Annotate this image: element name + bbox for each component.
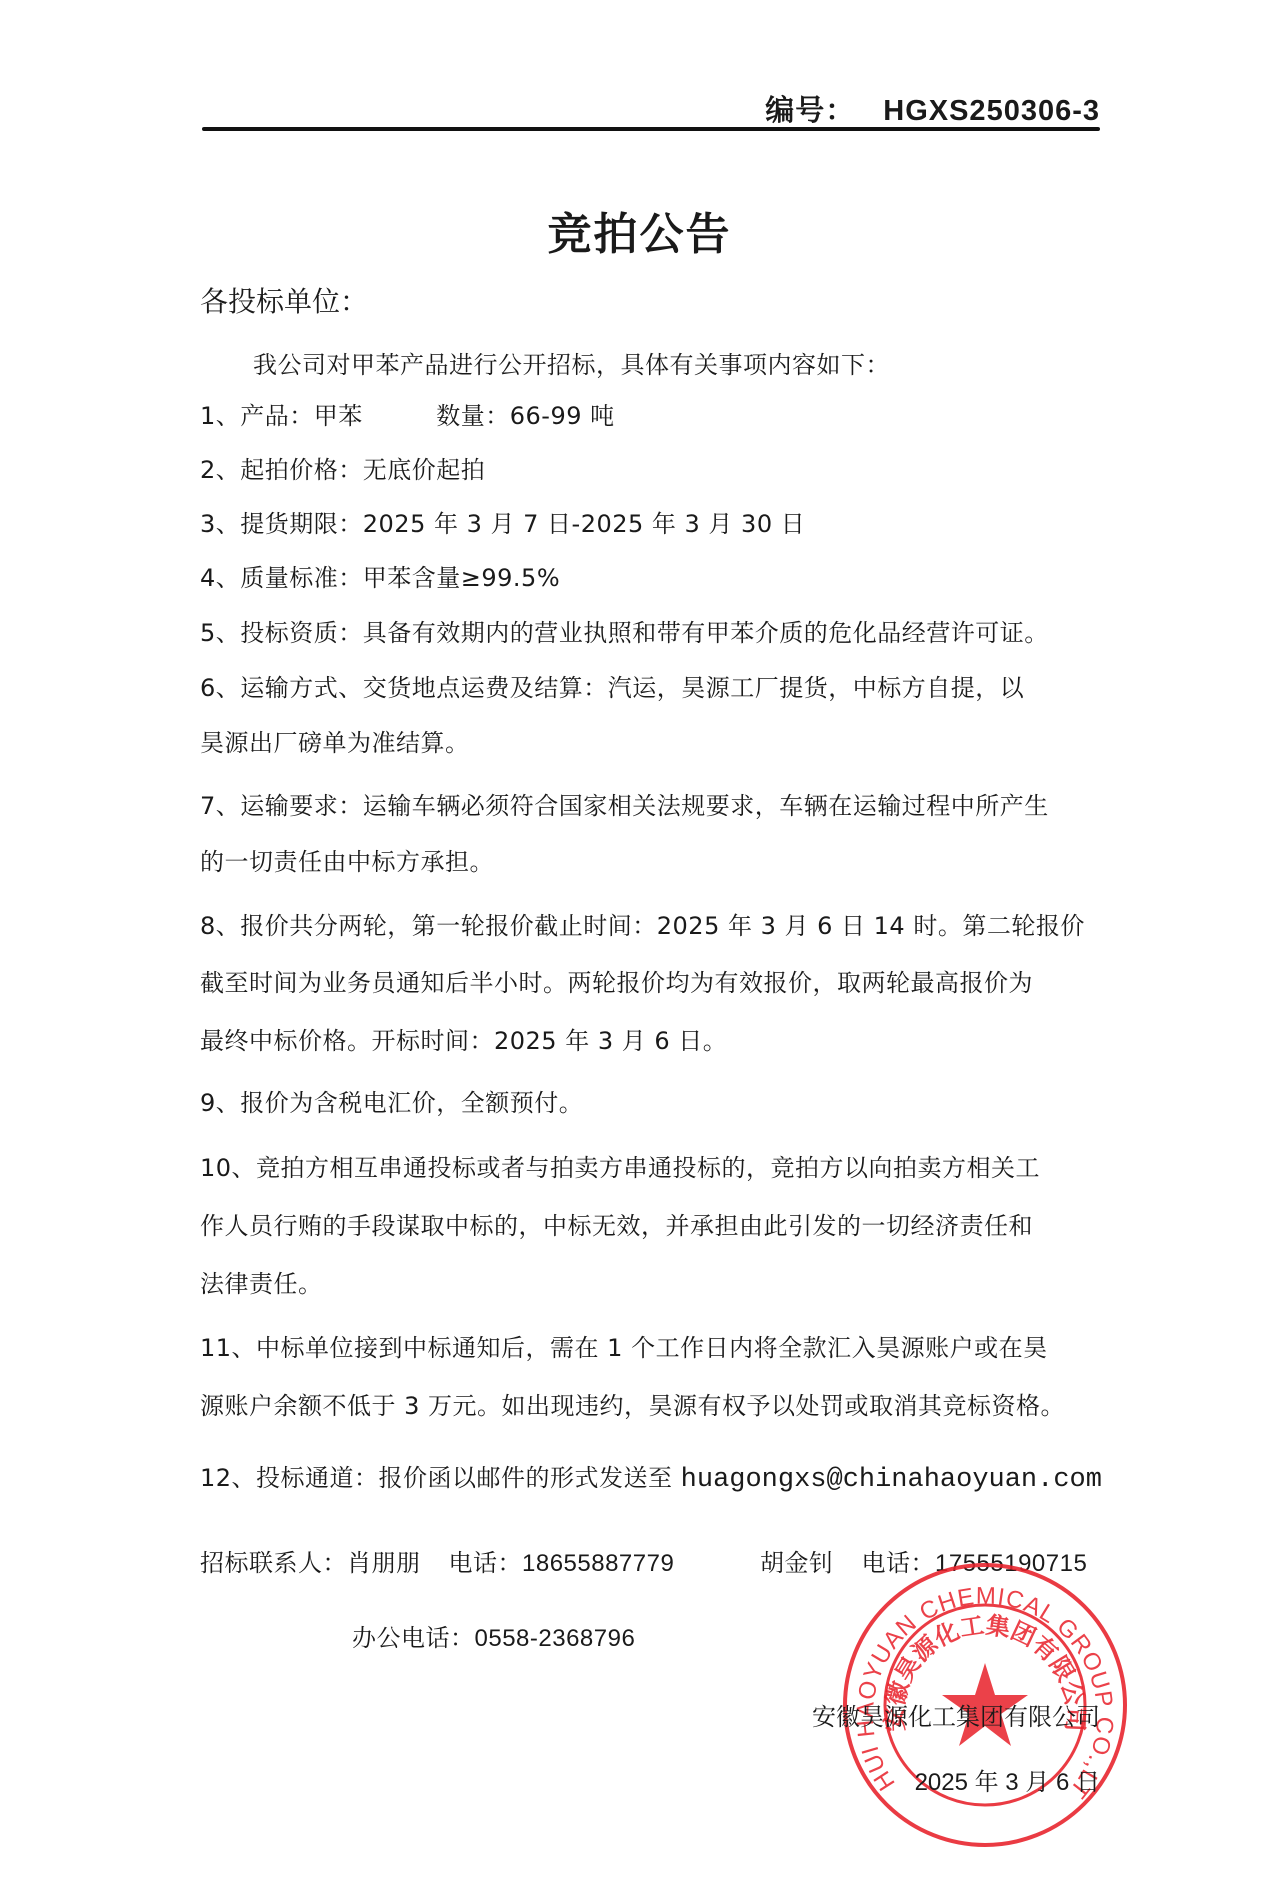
item-12-prefix: 12、投标通道：报价函以邮件的形式发送至 [200,1464,681,1492]
item-6-line-1: 6、运输方式、交货地点运费及结算：汽运，昊源工厂提货，中标方自提，以 [200,668,1024,703]
contact-2-name: 胡金钊 [760,1549,834,1577]
header-rule [202,127,1100,131]
document-number-label: 编号： [765,93,855,127]
item-7-line-2: 的一切责任由中标方承担。 [200,842,494,877]
item-8-line-1: 8、报价共分两轮，第一轮报价截止时间：2025 年 3 月 6 日 14 时。第… [200,906,1085,941]
intro-paragraph: 我公司对甲苯产品进行公开招标，具体有关事项内容如下： [253,345,890,380]
document-number-value: HGXS250306-3 [883,95,1100,127]
item-10-line-2: 作人员行贿的手段谋取中标的，中标无效，并承担由此引发的一切经济责任和 [200,1206,1033,1241]
page-title: 竞拍公告 [0,198,1279,262]
office-phone-value: 0558-2368796 [475,1625,636,1652]
item-2: 2、起拍价格：无底价起拍 [200,450,485,485]
signature-date: 2025 年 3 月 6 日 [915,1762,1100,1797]
contact-1-phone: 18655887779 [522,1550,674,1577]
contact-1-phone-label: 电话： [449,1549,523,1577]
submission-email-link[interactable]: huagongxs@chinahaoyuan.com [681,1465,1102,1495]
item-12: 12、投标通道：报价函以邮件的形式发送至 huagongxs@chinahaoy… [200,1458,1102,1495]
item-9: 9、报价为含税电汇价，全额预付。 [200,1083,583,1118]
item-8-line-2: 截至时间为业务员通知后半小时。两轮报价均为有效报价，取两轮最高报价为 [200,963,1033,998]
contact-row: 招标联系人：肖朋朋电话：18655887779 [200,1543,674,1578]
item-3: 3、提货期限：2025 年 3 月 7 日-2025 年 3 月 30 日 [200,504,805,539]
item-7-line-1: 7、运输要求：运输车辆必须符合国家相关法规要求，车辆在运输过程中所产生 [200,786,1049,821]
item-10-line-1: 10、竞拍方相互串通投标或者与拍卖方串通投标的，竞拍方以向拍卖方相关工 [200,1148,1040,1183]
item-4: 4、质量标准：甲苯含量≥99.5% [200,558,560,593]
item-11-line-1: 11、中标单位接到中标通知后，需在 1 个工作日内将全款汇入昊源账户或在昊 [200,1328,1048,1363]
document-number: 编号：HGXS250306-3 [765,88,1100,129]
office-phone: 办公电话：0558-2368796 [352,1618,635,1653]
item-1: 1、产品：甲苯 数量：66-99 吨 [200,396,615,431]
item-5: 5、投标资质：具备有效期内的营业执照和带有甲苯介质的危化品经营许可证。 [200,613,1049,648]
office-phone-label: 办公电话： [352,1624,475,1652]
item-10-line-3: 法律责任。 [200,1264,323,1299]
item-8-line-3: 最终中标价格。开标时间：2025 年 3 月 6 日。 [200,1021,727,1056]
signature-company: 安徽昊源化工集团有限公司 [812,1697,1100,1732]
item-11-line-2: 源账户余额不低于 3 万元。如出现违约，昊源有权予以处罚或取消其竞标资格。 [200,1386,1065,1421]
contact-1-name: 肖朋朋 [347,1549,421,1577]
contact-label: 招标联系人： [200,1549,347,1577]
salutation: 各投标单位： [200,280,368,320]
item-6-line-2: 昊源出厂磅单为准结算。 [200,723,470,758]
